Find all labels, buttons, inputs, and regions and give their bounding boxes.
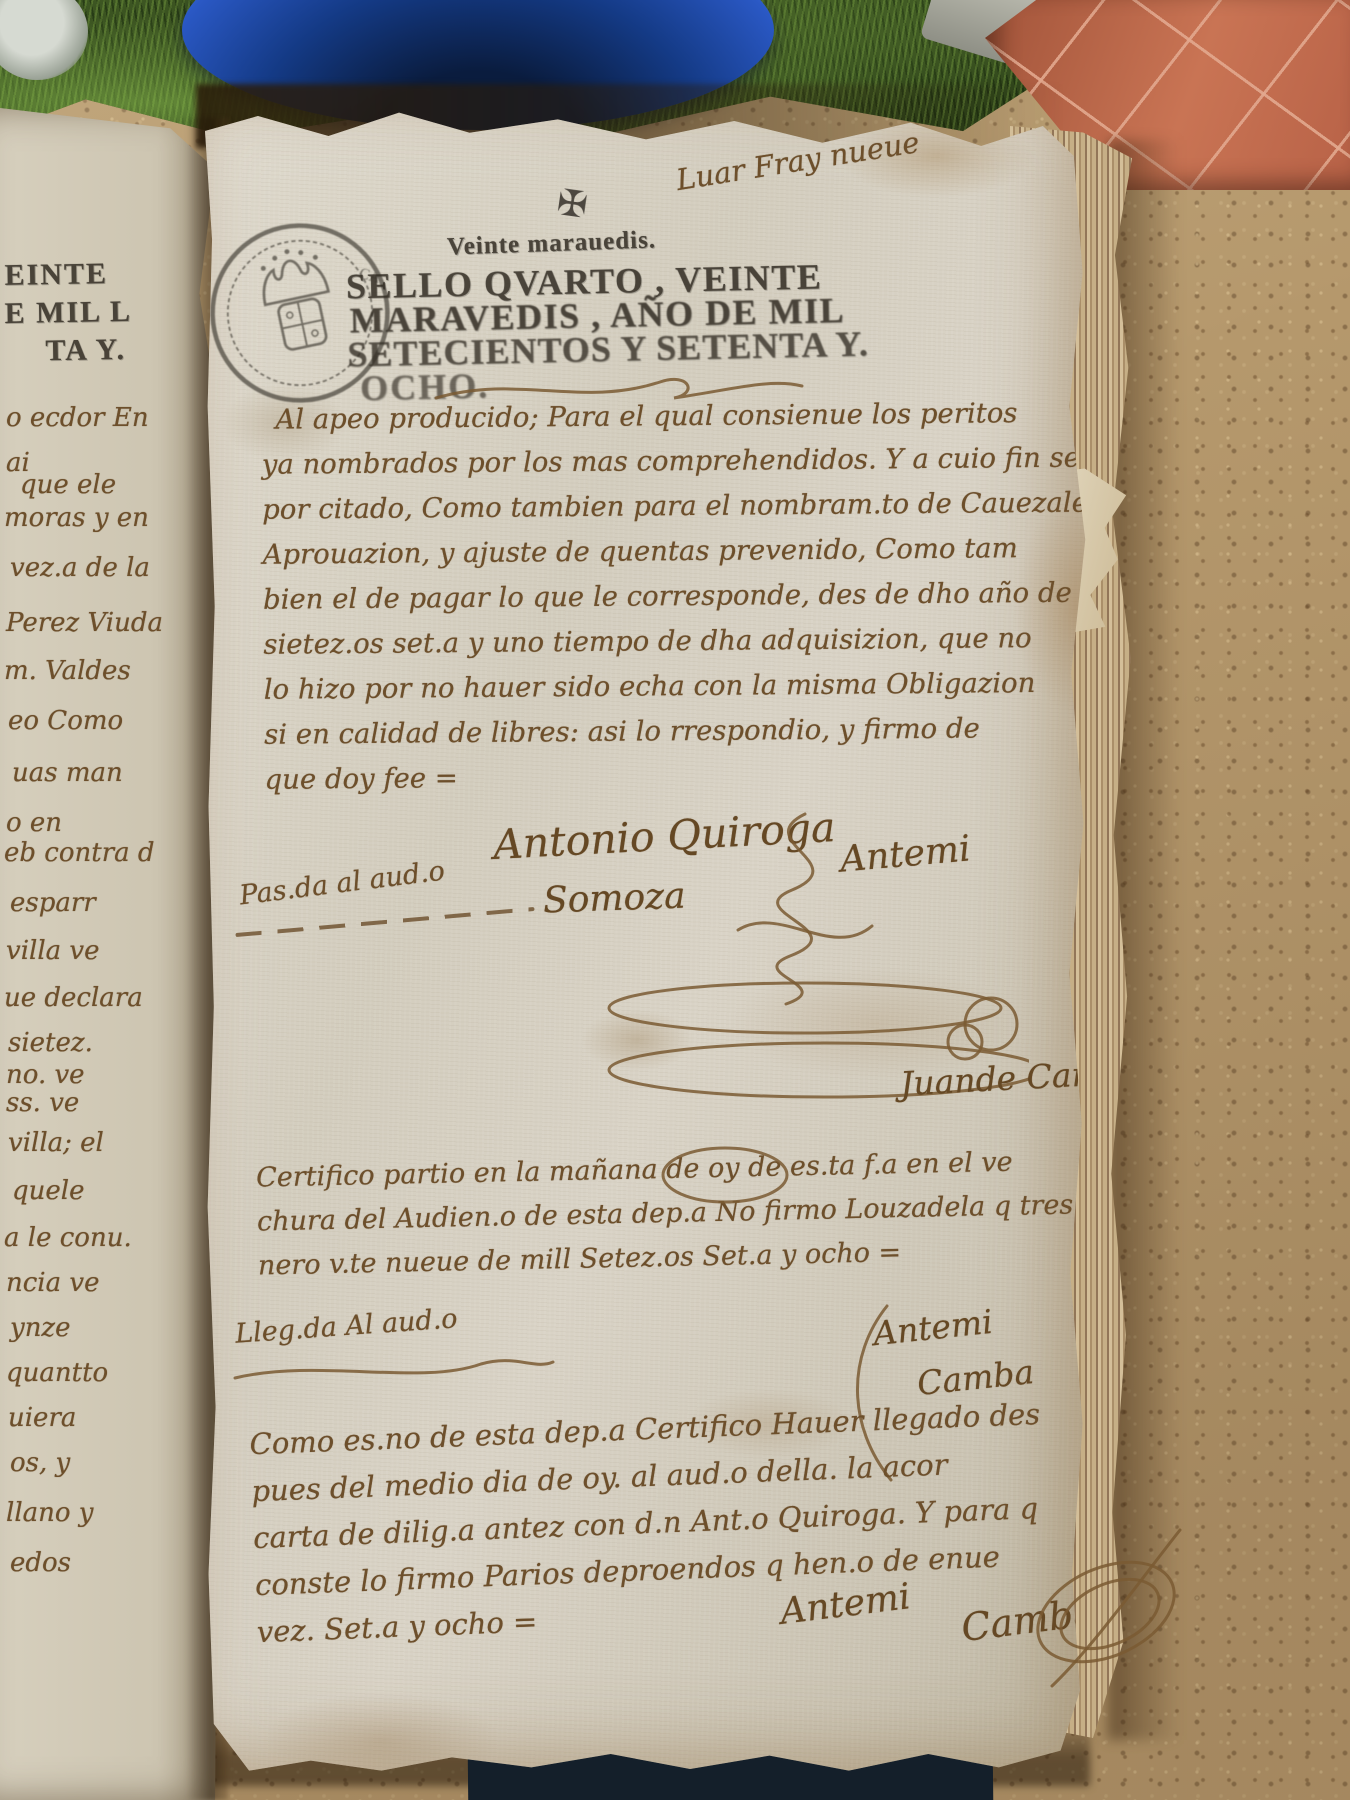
signature-somoza: Somoza (542, 876, 686, 922)
left-page-text-fragment: os, y (10, 1448, 70, 1478)
left-page-text-fragment: ynze (10, 1313, 71, 1343)
left-page-text-fragment: villa ve (6, 936, 99, 966)
left-page-text-fragment: que ele (20, 470, 116, 500)
body-line: ya nombrados por los mas comprehendidos.… (262, 435, 1123, 488)
left-page-text-fragment: sietez. (8, 1028, 93, 1058)
left-page-text-fragment: quele (12, 1176, 84, 1206)
left-page-text-fragment: uas man (12, 758, 123, 788)
left-page-text-fragment: villa; el (8, 1128, 104, 1158)
left-page-text-fragment: o ecdor En (6, 403, 149, 433)
body-line: lo hizo por no hauer sido echa con la mi… (264, 660, 1125, 713)
left-page-text-fragment: eb contra d (4, 838, 155, 868)
left-page-text-fragment: uiera (8, 1403, 76, 1433)
handwritten-body: Al apeo producido; Para el qual consienu… (261, 390, 1125, 802)
left-page-text-fragment: edos (10, 1548, 71, 1578)
left-page-text-fragment: ss. ve (6, 1088, 79, 1118)
left-page-stamp-fragment: TA Y. (0, 333, 126, 369)
left-page-text-fragment: quantto (6, 1358, 108, 1388)
left-page-text-fragment: ncia ve (6, 1268, 99, 1298)
left-page-text-fragment: no. ve (6, 1060, 85, 1090)
left-page-text-fragment: moras y en (4, 503, 149, 533)
body-line: si en calidad de libres: asi lo rrespond… (264, 705, 1125, 758)
left-page-text-fragment: m. Valdes (4, 656, 131, 686)
left-page-text-fragment: Perez Viuda (6, 608, 163, 638)
circled-word-flourish (657, 1142, 793, 1208)
left-page-text-fragment: eo Como (8, 706, 123, 736)
body-line: Al apeo producido; Para el qual consienu… (261, 390, 1122, 443)
body-line: sietez.os set.a y uno tiempo de dha adqu… (263, 615, 1124, 668)
left-page-text-fragment: a le conu. (4, 1223, 132, 1253)
left-page-text-fragment: ue declara (4, 983, 143, 1013)
left-page-text-fragment: vez.a de la (10, 553, 150, 583)
left-page-text-fragment: esparr (10, 888, 96, 918)
manuscript-page: CA Luar Fray nueue ✠ Veinte marauedis. S… (205, 106, 1087, 1774)
body-line: Aprouazion, y ajuste de quentas prevenid… (262, 525, 1123, 578)
body-line: por citado, Como tambien para el nombram… (262, 480, 1123, 533)
left-page-stamp-fragment: EINTE (0, 257, 108, 293)
body-line: bien el de pagar lo que le corresponde, … (263, 570, 1124, 623)
photo-scene: EINTE E MIL L TA Y. o ecdor En ai que el… (0, 0, 1350, 1800)
final-rubric (1022, 1508, 1202, 1718)
left-page-stamp-fragment: E MIL L (0, 295, 132, 331)
left-page-text-fragment: llano y (6, 1498, 93, 1528)
certification-paragraph-2: Como es.no de esta dep.a Certifico Hauer… (249, 1391, 1048, 1656)
marginal-note-flourish (229, 1352, 559, 1392)
left-page-text-fragment: o en (6, 808, 62, 838)
body-line: que doy fee = (264, 750, 1125, 803)
maltese-cross-icon: ✠ (554, 182, 590, 227)
